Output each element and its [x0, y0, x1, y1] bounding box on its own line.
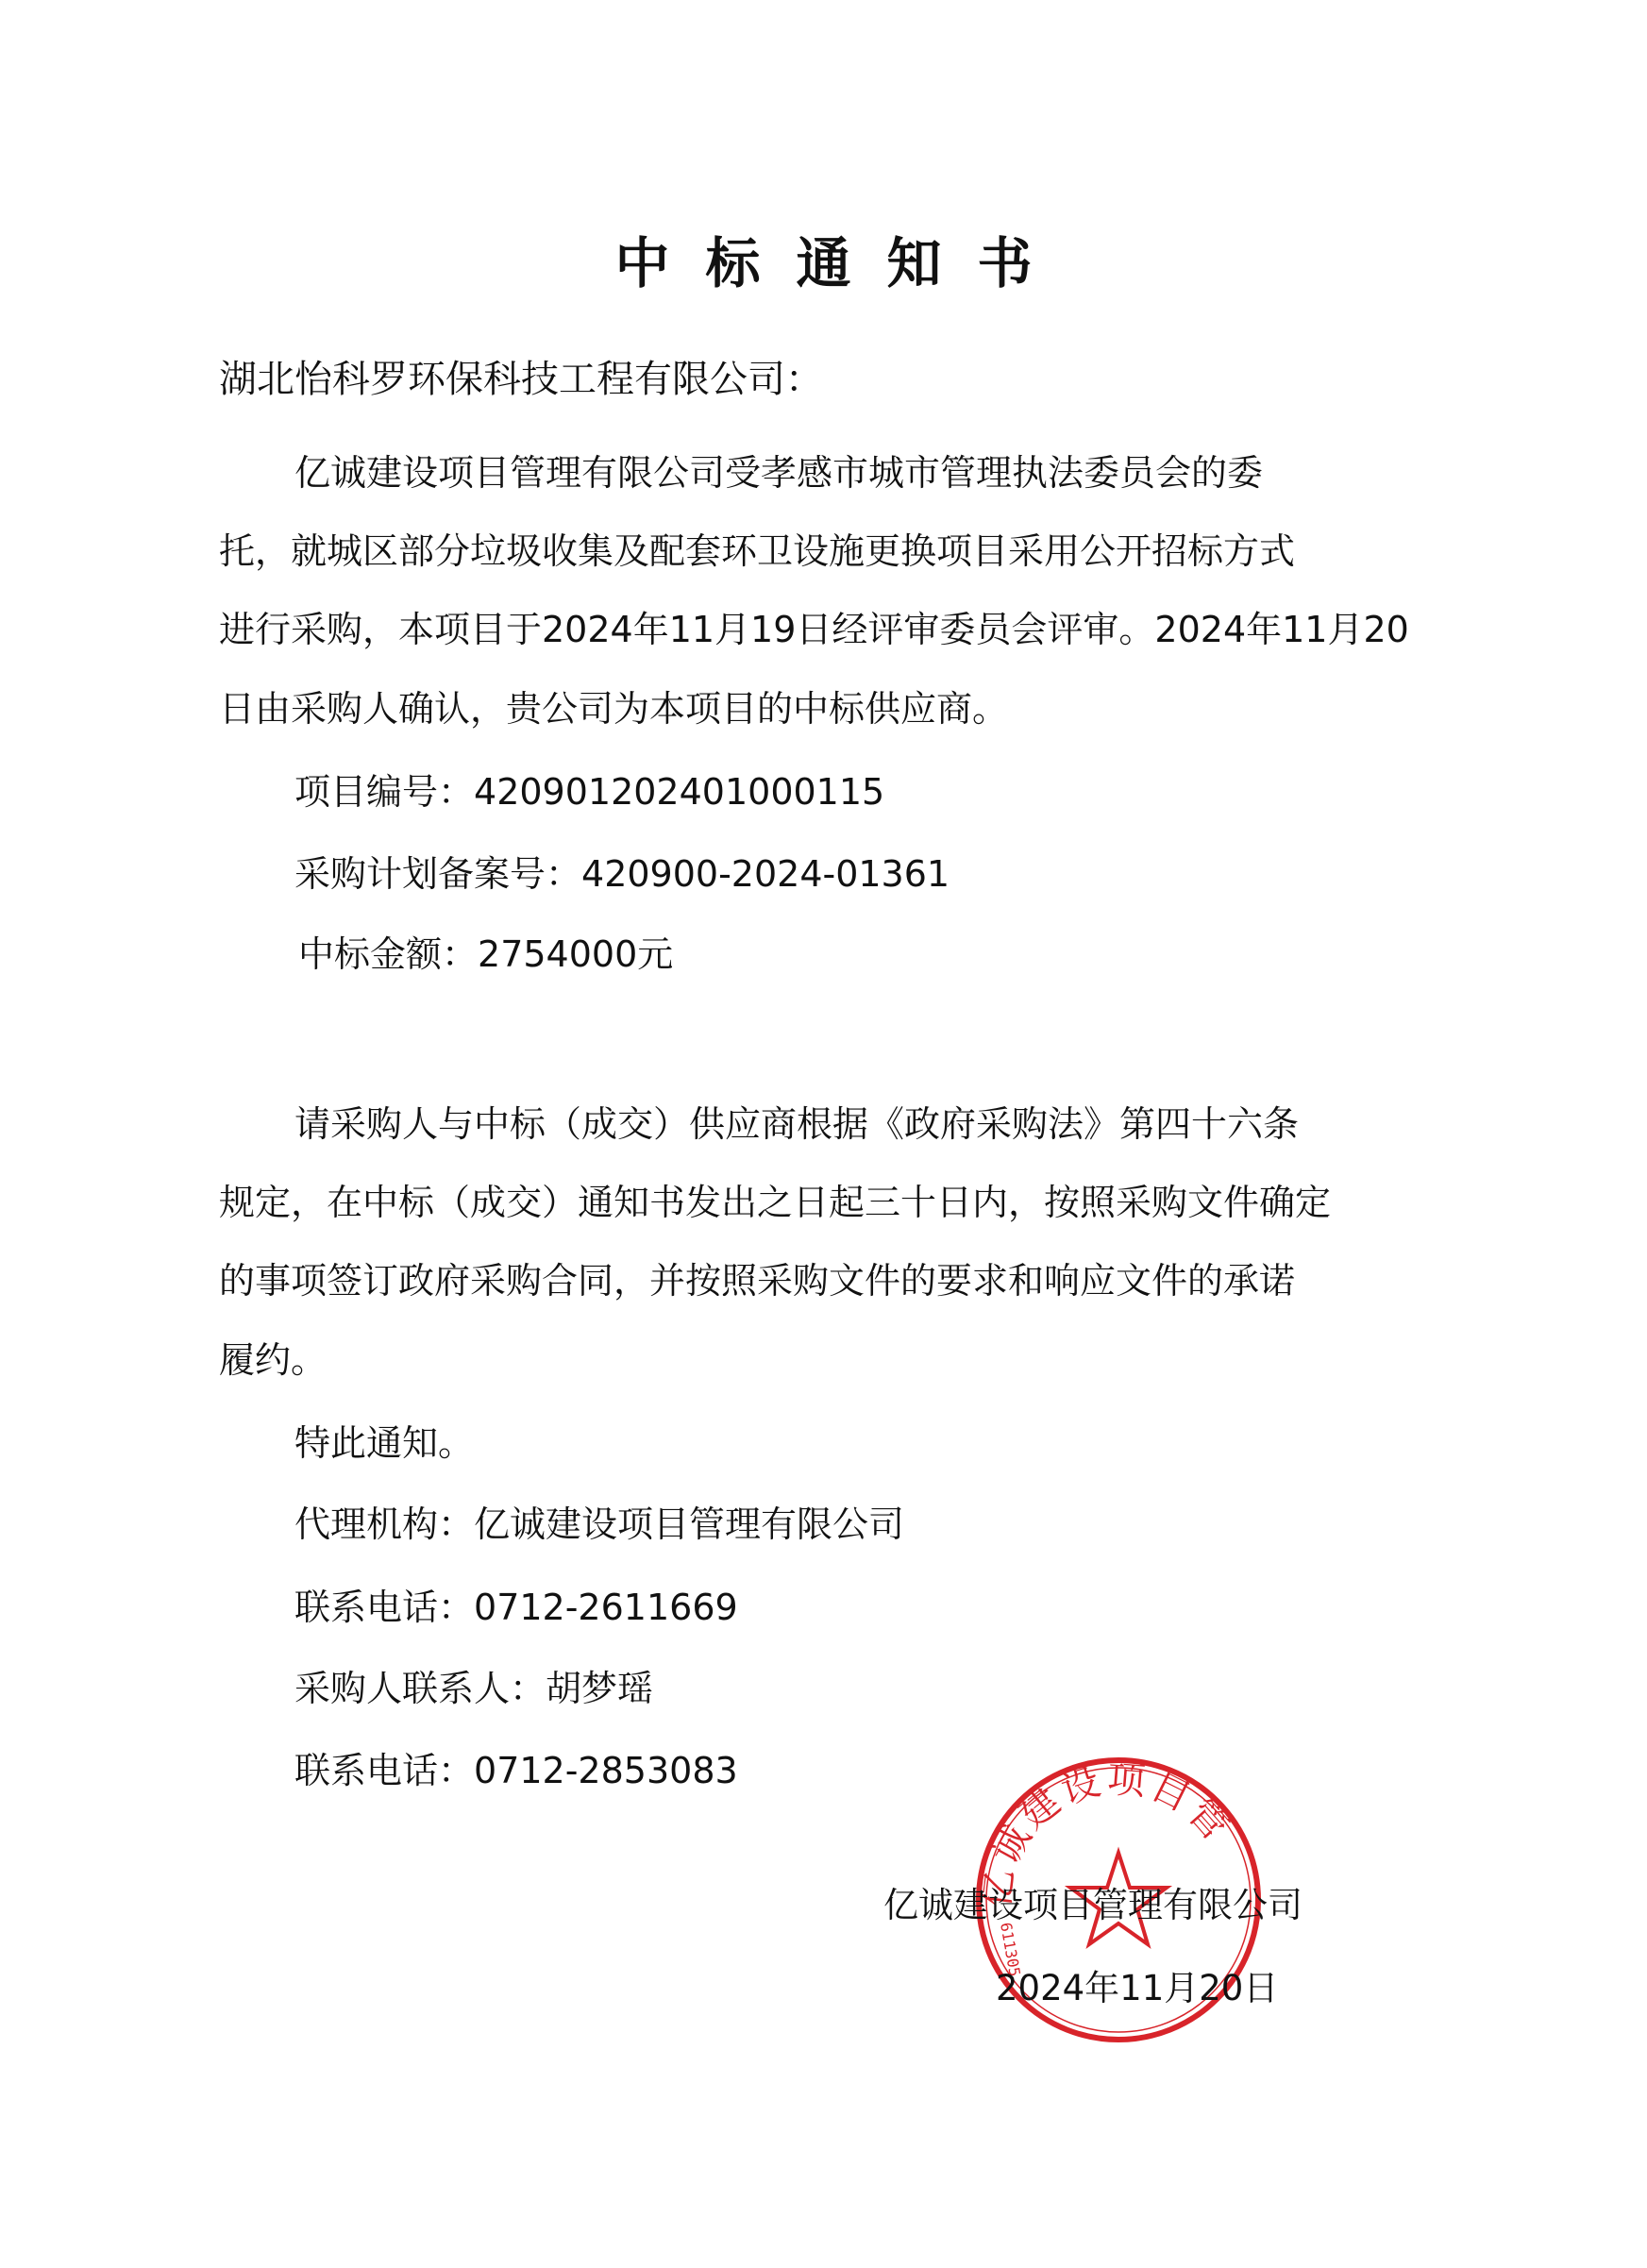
- bid-amount: 中标金额：2754000元: [298, 925, 673, 977]
- signature-company: 亿诚建设项目管理有限公司: [883, 1876, 1302, 1927]
- buyer-phone-value: 0712-2853083: [474, 1750, 738, 1791]
- paragraph1-line: 日由采购人确认，贵公司为本项目的中标供应商。: [219, 680, 1008, 731]
- document-title: 中标通知书: [0, 219, 1647, 298]
- paragraph1-line: 亿诚建设项目管理有限公司受孝感市城市管理执法委员会的委: [294, 444, 1263, 496]
- paragraph1-line: 进行采购，本项目于2024年11月19日经评审委员会评审。2024年11月20: [219, 600, 1409, 652]
- signature-date: 2024年11月20日: [996, 1959, 1278, 2010]
- project-number-value: 420901202401000115: [474, 771, 884, 813]
- buyer-contact-value: 胡梦瑶: [546, 1668, 653, 1709]
- paragraph2-line: 的事项签订政府采购合同，并按照采购文件的要求和响应文件的承诺: [219, 1252, 1295, 1303]
- agency-label: 代理机构：: [294, 1504, 474, 1545]
- buyer-contact: 采购人联系人：胡梦瑶: [294, 1659, 653, 1711]
- paragraph1-line: 托，就城区部分垃圾收集及配套环卫设施更换项目采用公开招标方式: [219, 522, 1295, 574]
- buyer-phone: 联系电话：0712-2853083: [294, 1741, 738, 1793]
- plan-number-label: 采购计划备案号：: [294, 853, 581, 895]
- buyer-phone-label: 联系电话：: [294, 1750, 474, 1791]
- paragraph2-line: 请采购人与中标（成交）供应商根据《政府采购法》第四十六条: [294, 1095, 1299, 1147]
- agency-value: 亿诚建设项目管理有限公司: [474, 1504, 904, 1545]
- agency-phone-value: 0712-2611669: [474, 1587, 738, 1628]
- project-number: 项目编号：420901202401000115: [294, 763, 884, 815]
- closing: 特此通知。: [294, 1414, 474, 1466]
- agency-phone-label: 联系电话：: [294, 1587, 474, 1628]
- buyer-contact-label: 采购人联系人：: [294, 1668, 546, 1709]
- agency: 代理机构：亿诚建设项目管理有限公司: [294, 1495, 904, 1547]
- bid-amount-label: 中标金额：: [298, 933, 478, 975]
- plan-number-value: 420900-2024-01361: [581, 853, 950, 895]
- agency-phone: 联系电话：0712-2611669: [294, 1578, 738, 1630]
- bid-amount-value: 2754000元: [478, 933, 673, 975]
- project-number-label: 项目编号：: [294, 771, 474, 813]
- paragraph2-line: 履约。: [219, 1331, 327, 1383]
- addressee: 湖北怡科罗环保科技工程有限公司：: [219, 349, 823, 403]
- plan-number: 采购计划备案号：420900-2024-01361: [294, 845, 950, 897]
- paragraph2-line: 规定，在中标（成交）通知书发出之日起三十日内，按照采购文件确定: [219, 1173, 1331, 1225]
